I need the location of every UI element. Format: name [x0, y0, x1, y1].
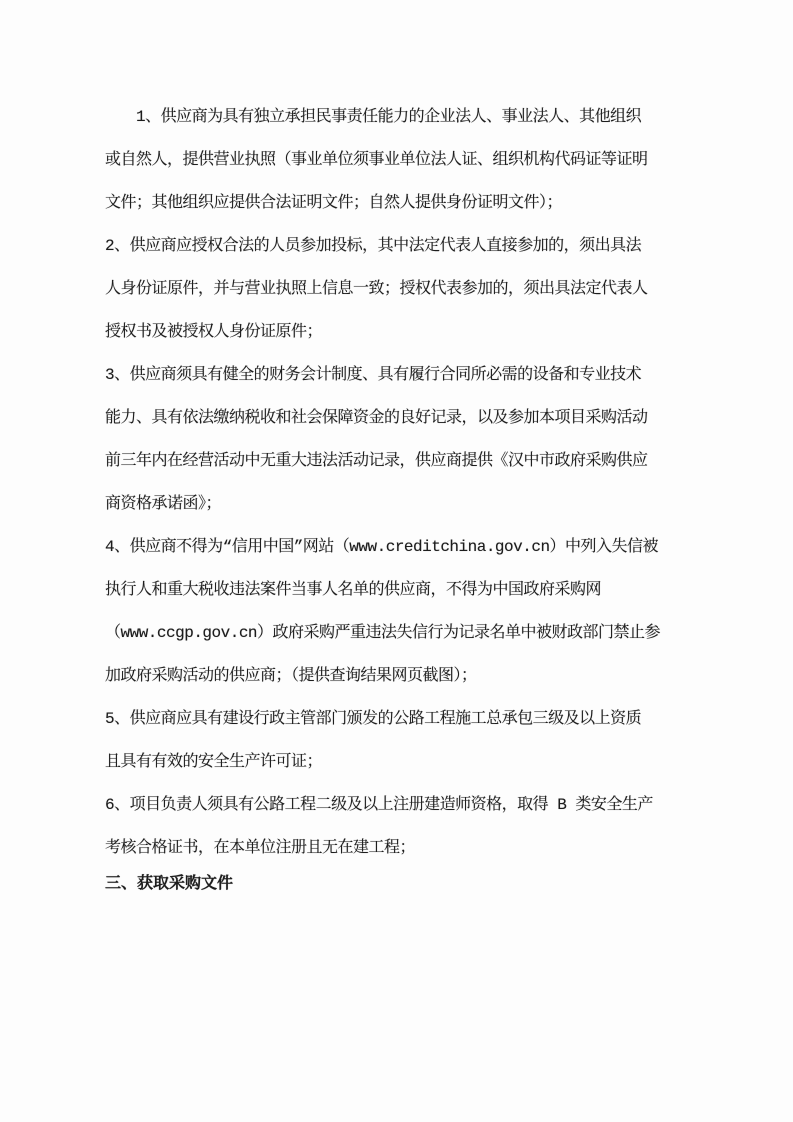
- text-line: 授权书及被授权人身份证原件；: [105, 311, 690, 354]
- text-line: 或自然人，提供营业执照（事业单位须事业单位法人证、组织机构代码证等证明: [105, 139, 690, 182]
- paragraph-3: 3、供应商须具有健全的财务会计制度、具有履行合同所必需的设备和专业技术 能力、具…: [105, 354, 690, 526]
- paragraph-4: 4、供应商不得为“信用中国”网站（www.creditchina.gov.cn）…: [105, 526, 690, 698]
- text-line: 加政府采购活动的供应商；（提供查询结果网页截图）；: [105, 655, 690, 698]
- paragraph-6: 6、项目负责人须具有公路工程二级及以上注册建造师资格，取得 B 类安全生产 考核…: [105, 784, 690, 870]
- text-line: 1、供应商为具有独立承担民事责任能力的企业法人、事业法人、其他组织: [105, 96, 690, 139]
- text-line: 前三年内在经营活动中无重大违法活动记录，供应商提供《汉中市政府采购供应: [105, 440, 690, 483]
- text-line: （www.ccgp.gov.cn）政府采购严重违法失信行为记录名单中被财政部门禁…: [105, 612, 690, 655]
- text-line: 5、供应商应具有建设行政主管部门颁发的公路工程施工总承包三级及以上资质: [105, 698, 690, 741]
- document-body: 1、供应商为具有独立承担民事责任能力的企业法人、事业法人、其他组织 或自然人，提…: [105, 96, 690, 906]
- text-line: 且具有有效的安全生产许可证；: [105, 741, 690, 784]
- scanned-document-page: 1、供应商为具有独立承担民事责任能力的企业法人、事业法人、其他组织 或自然人，提…: [0, 0, 793, 1122]
- text-line: 3、供应商须具有健全的财务会计制度、具有履行合同所必需的设备和专业技术: [105, 354, 690, 397]
- text-line: 文件；其他组织应提供合法证明文件；自然人提供身份证明文件）；: [105, 182, 690, 225]
- text-line: 商资格承诺函》；: [105, 483, 690, 526]
- text-line: 2、供应商应授权合法的人员参加投标，其中法定代表人直接参加的，须出具法: [105, 225, 690, 268]
- paragraph-2: 2、供应商应授权合法的人员参加投标，其中法定代表人直接参加的，须出具法 人身份证…: [105, 225, 690, 354]
- paragraph-1: 1、供应商为具有独立承担民事责任能力的企业法人、事业法人、其他组织 或自然人，提…: [105, 96, 690, 225]
- text-line: 6、项目负责人须具有公路工程二级及以上注册建造师资格，取得 B 类安全生产: [105, 784, 690, 827]
- text-line: 能力、具有依法缴纳税收和社会保障资金的良好记录，以及参加本项目采购活动: [105, 397, 690, 440]
- text-line: 4、供应商不得为“信用中国”网站（www.creditchina.gov.cn）…: [105, 526, 690, 569]
- text-line: 执行人和重大税收违法案件当事人名单的供应商，不得为中国政府采购网: [105, 569, 690, 612]
- text-line: 人身份证原件，并与营业执照上信息一致；授权代表参加的，须出具法定代表人: [105, 268, 690, 311]
- paragraph-5: 5、供应商应具有建设行政主管部门颁发的公路工程施工总承包三级及以上资质 且具有有…: [105, 698, 690, 784]
